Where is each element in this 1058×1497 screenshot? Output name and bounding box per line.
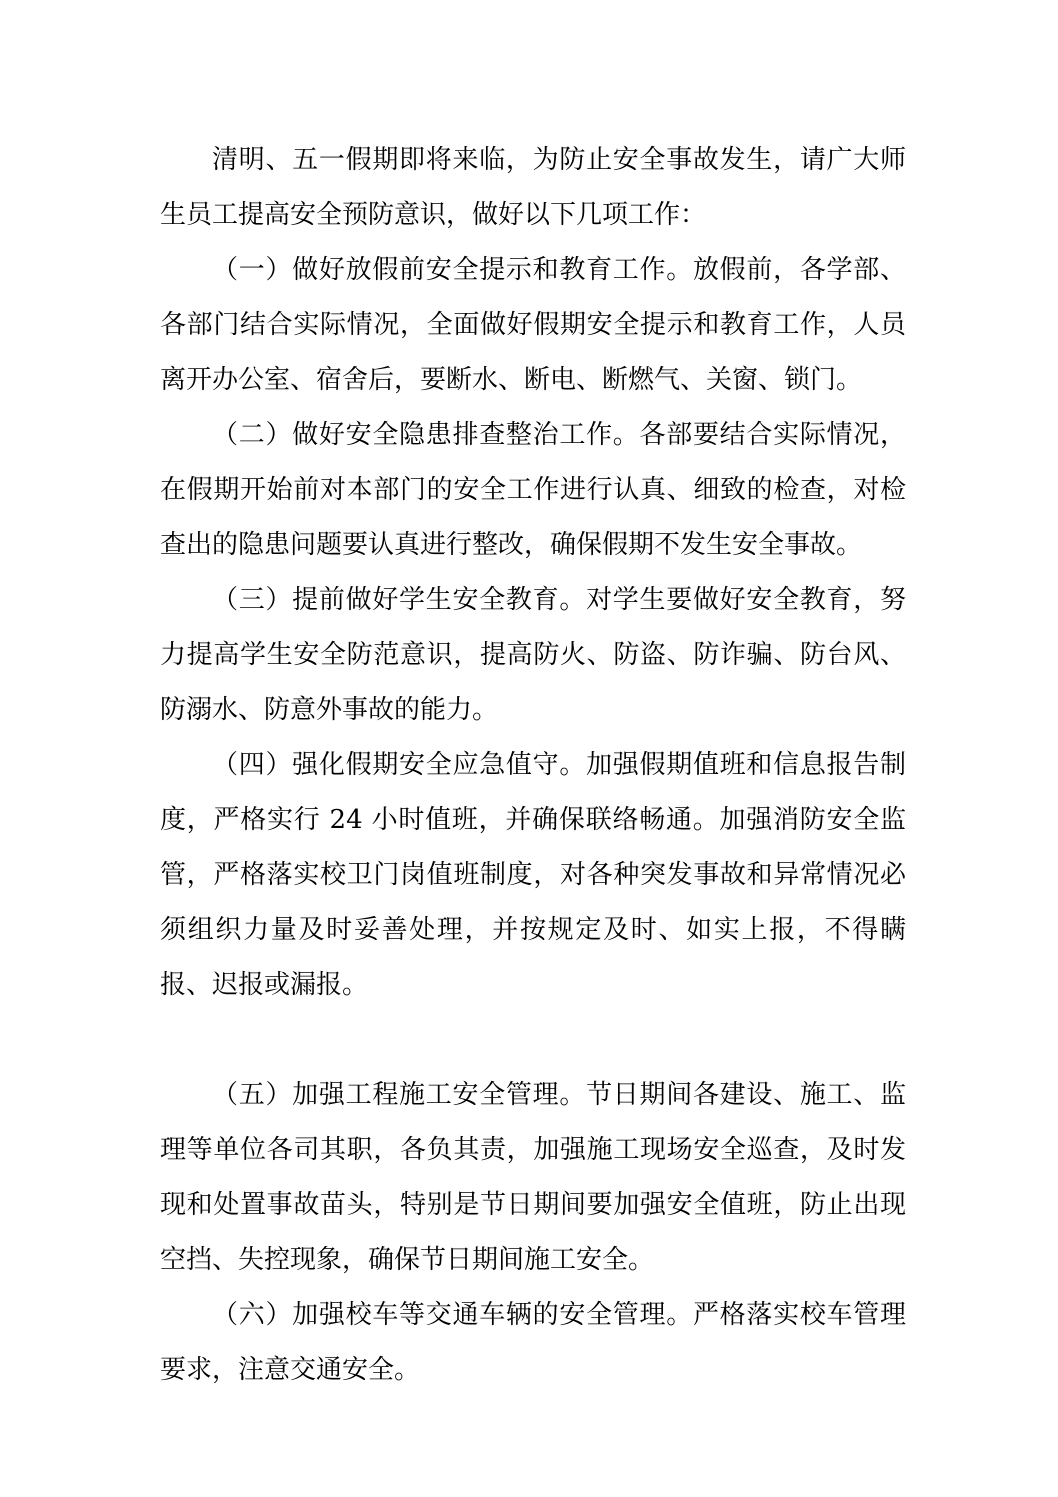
paragraph-item-5: （五）加强工程施工安全管理。节日期间各建设、施工、监理等单位各司其职，各负其责，… <box>160 1068 906 1288</box>
blank-line <box>160 1013 906 1068</box>
paragraph-item-6: （六）加强校车等交通车辆的安全管理。严格落实校车管理要求，注意交通安全。 <box>160 1288 906 1398</box>
paragraph-item-2: （二）做好安全隐患排查整治工作。各部要结合实际情况，在假期开始前对本部门的安全工… <box>160 408 906 573</box>
paragraph-item-4: （四）强化假期安全应急值守。加强假期值班和信息报告制度，严格实行 24 小时值班… <box>160 738 906 1013</box>
paragraph-item-1: （一）做好放假前安全提示和教育工作。放假前，各学部、各部门结合实际情况，全面做好… <box>160 243 906 408</box>
document-page: 清明、五一假期即将来临，为防止安全事故发生，请广大师生员工提高安全预防意识，做好… <box>0 0 1058 1497</box>
paragraph-item-3: （三）提前做好学生安全教育。对学生要做好安全教育，努力提高学生安全防范意识，提高… <box>160 573 906 738</box>
paragraph-intro: 清明、五一假期即将来临，为防止安全事故发生，请广大师生员工提高安全预防意识，做好… <box>160 133 906 243</box>
